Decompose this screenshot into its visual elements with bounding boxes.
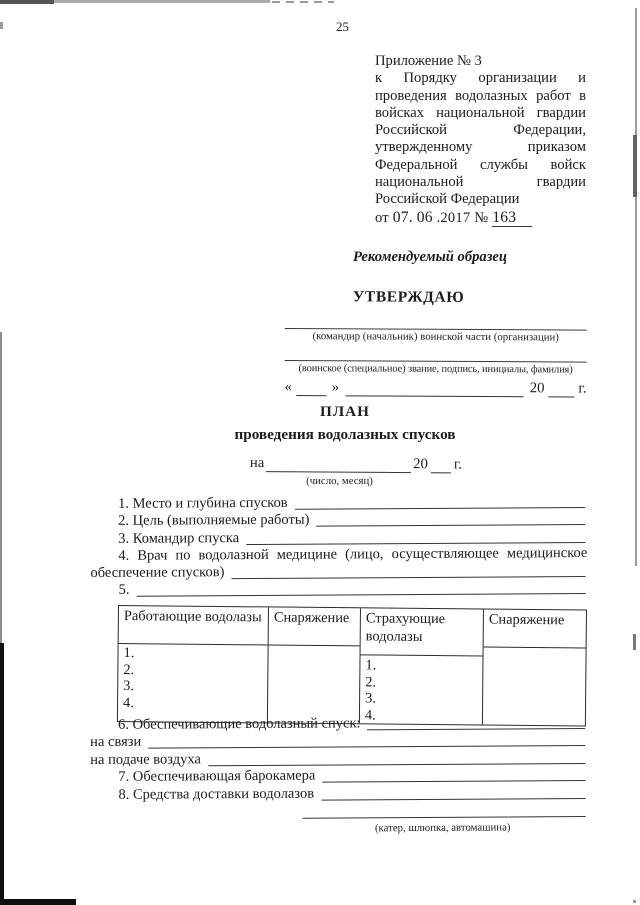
- order-day: 07.: [393, 209, 413, 226]
- header-standby-divers: Страхующие водолазы: [361, 608, 483, 656]
- appendix-line: национальной гвардии: [375, 174, 586, 191]
- blank-line: [322, 780, 585, 783]
- appendix-order-date-line: от 07. 06 .2017 № 163: [375, 209, 586, 227]
- appendix-line: Федеральной службы войск: [375, 157, 586, 174]
- date-prefix: от: [375, 210, 389, 226]
- scan-artifact-left-line-black: [0, 643, 4, 905]
- blank-line: [303, 816, 586, 819]
- appendix-line: Приложение № 3: [375, 53, 586, 70]
- scan-artifact-right-dash: [633, 634, 636, 650]
- header-working-divers: Работающие водолазы: [119, 606, 268, 645]
- column-working-divers: Работающие водолазы 1. 2. 3. 4.: [118, 606, 269, 723]
- plan-date-prefix: на: [250, 455, 265, 472]
- signature-caption-rank: (воинское (специальное) звание, подпись,…: [285, 362, 587, 377]
- recommended-sample-label: Рекомендуемый образец: [353, 249, 507, 266]
- header-working-equipment: Снаряжение: [269, 607, 360, 646]
- appendix-line: утвержденному приказом: [375, 139, 586, 156]
- scan-artifact-right-speck: [633, 900, 636, 903]
- delivery-means-caption: (катер, шлюпка, автомашина): [304, 821, 582, 836]
- appendix-line: Российской Федерации: [375, 191, 586, 208]
- day-blank-line: [297, 381, 327, 396]
- plan-date-row: на 20 г.: [250, 454, 462, 473]
- plan-date-caption: (число, месяц): [266, 475, 413, 488]
- header-standby-equipment: Снаряжение: [484, 610, 586, 649]
- form-item-8-continuation: [91, 801, 588, 822]
- plan-year-suffix: г.: [454, 456, 462, 473]
- order-year: .2017: [437, 210, 471, 226]
- order-month: 06: [417, 209, 433, 226]
- number-sign: №: [474, 210, 488, 226]
- scan-artifact-left-line-gray: [0, 332, 2, 644]
- blank-line: [136, 593, 585, 597]
- plan-heading: ПЛАН проведения водолазных спусков: [48, 403, 640, 444]
- appendix-line: к Порядку организации и: [375, 70, 586, 87]
- form-items-lower: 6. Обеспечивающие водолазный спуск: на с…: [90, 713, 588, 837]
- scan-artifact-top-edge-dark: [0, 0, 54, 4]
- appendix-line: Российской Федерации,: [375, 122, 586, 139]
- form-items-upper: 1. Место и глубина спусков 2. Цель (выпо…: [90, 493, 588, 599]
- form-item-5: 5.: [91, 579, 588, 599]
- divers-table: Работающие водолазы 1. 2. 3. 4. Снаряжен…: [117, 605, 587, 727]
- appendix-line: проведения водолазных работ в: [375, 88, 586, 105]
- scan-artifact-right-line: [635, 8, 637, 566]
- approval-date-row: « » 20 г.: [284, 378, 586, 398]
- scan-artifact-top-edge-gray: [54, 0, 270, 3]
- approval-block: УТВЕРЖДАЮ (командир (начальник) воинской…: [284, 288, 587, 398]
- close-quote: »: [332, 379, 339, 396]
- appendix-line: войсках национальной гвардии: [375, 105, 586, 122]
- column-standby-equipment: Снаряжение: [483, 610, 586, 726]
- column-standby-divers: Страхующие водолазы 1. 2. 3. 4.: [360, 608, 484, 725]
- signature-caption-commander: (командир (начальник) воинской части (ор…: [285, 330, 587, 345]
- scanned-document-page: 25 Приложение № 3 к Порядку организации …: [0, 0, 640, 905]
- plan-year-century: 20: [413, 456, 428, 473]
- scan-artifact-bottom-bar: [0, 899, 76, 905]
- appendix-reference-block: Приложение № 3 к Порядку организации и п…: [375, 53, 586, 227]
- plan-date-blank-line: [266, 457, 411, 473]
- year-blank-line: [548, 382, 574, 397]
- blank-line: [321, 798, 585, 801]
- form-item-4-line1: 4. Врач по водолазной медицине (лицо, ос…: [90, 545, 587, 565]
- page-number: 25: [336, 19, 349, 35]
- open-quote: «: [284, 379, 291, 396]
- plan-year-blank-line: [431, 458, 451, 473]
- scan-artifact-right-line-dark: [633, 135, 637, 197]
- order-number: 163: [492, 209, 532, 227]
- plan-title: ПЛАН: [48, 403, 640, 421]
- cell-working-equipment: [268, 645, 360, 723]
- month-blank-line: [345, 381, 524, 397]
- blank-line: [368, 728, 586, 730]
- scan-artifact-left-tick: [0, 22, 3, 29]
- year-suffix: г.: [578, 381, 586, 398]
- cell-working-divers: 1. 2. 3. 4.: [118, 644, 268, 723]
- year-century: 20: [530, 380, 545, 397]
- column-working-equipment: Снаряжение: [268, 607, 361, 723]
- plan-subtitle: проведения водолазных спусков: [48, 426, 640, 444]
- scan-artifact-top-edge-dashes: [272, 1, 334, 3]
- approval-title: УТВЕРЖДАЮ: [353, 288, 464, 307]
